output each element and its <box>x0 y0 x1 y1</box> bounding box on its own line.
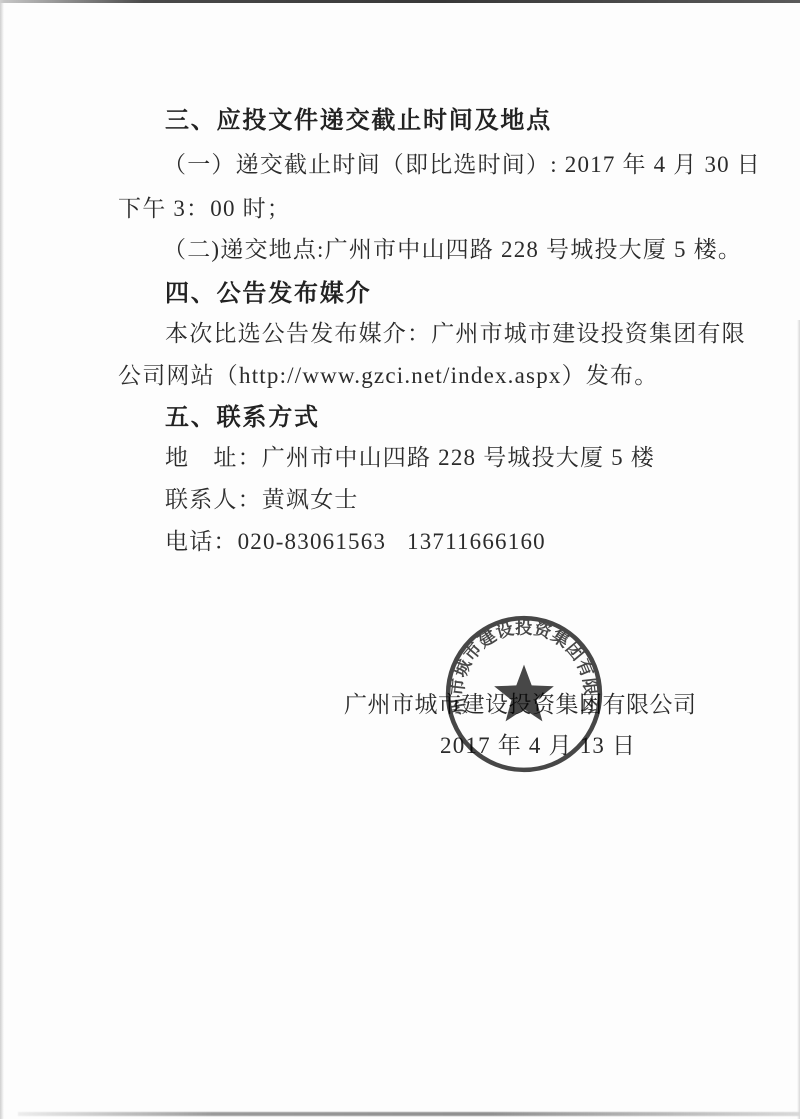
contact-phone-line: 电话：020-83061563 13711666160 <box>165 523 546 556</box>
section-3-heading: 三、应投文件递交截止时间及地点 <box>165 100 552 135</box>
section-4-heading: 四、公告发布媒介 <box>165 273 371 308</box>
section-3-item-1-line-1: （一）递交截止时间（即比选时间）: 2017 年 4 月 30 日 <box>163 146 761 179</box>
section-3-item-2: （二)递交地点:广州市中山四路 228 号城投大厦 5 楼。 <box>163 231 742 264</box>
contact-address-line: 地 址：广州市中山四路 228 号城投大厦 5 楼 <box>165 439 655 472</box>
scan-edge-bottom <box>18 1112 800 1116</box>
contact-person-line: 联系人：黄飒女士 <box>165 481 359 514</box>
scanned-document-page: 三、应投文件递交截止时间及地点 （一）递交截止时间（即比选时间）: 2017 年… <box>0 0 800 1119</box>
company-seal-stamp-icon: 广州市城市建设投资集团有限公司 <box>438 608 610 780</box>
section-5-heading: 五、联系方式 <box>165 397 320 432</box>
scan-edge-top <box>0 0 800 3</box>
section-4-body-line-2: 公司网站（http://www.gzci.net/index.aspx）发布。 <box>118 357 658 390</box>
section-3-item-1-line-2: 下午 3：00 时； <box>118 190 291 223</box>
seal-star-icon <box>494 665 554 722</box>
section-4-body-line-1: 本次比选公告发布媒介：广州市城市建设投资集团有限 <box>165 315 746 348</box>
scan-edge-left <box>0 0 4 1119</box>
